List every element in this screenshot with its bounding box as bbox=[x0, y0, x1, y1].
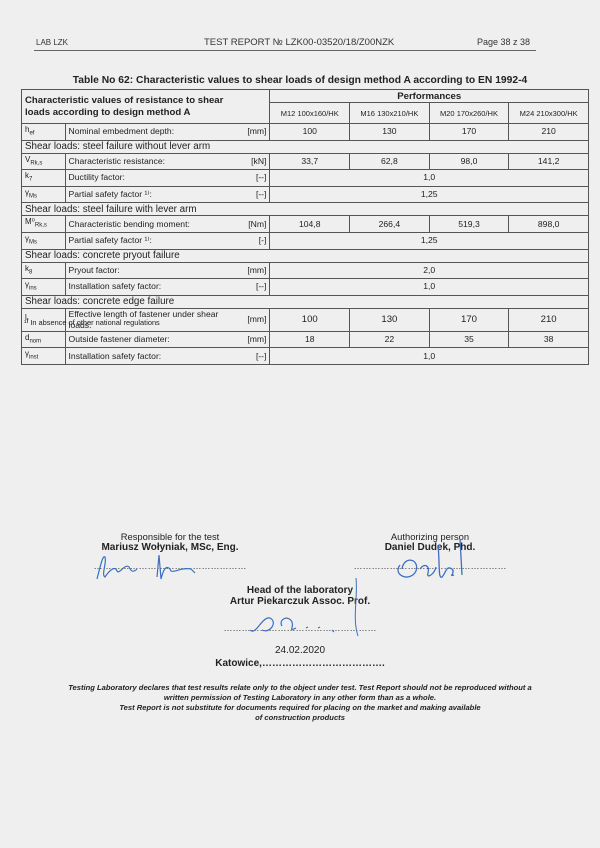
table-row: k7Ductility factor:[--]1,0 bbox=[22, 170, 589, 187]
value-cell: 35 bbox=[429, 331, 509, 348]
unit: [--] bbox=[231, 186, 270, 203]
report-place: Katowice,………………………………. bbox=[200, 658, 400, 669]
symbol: hef bbox=[22, 124, 66, 141]
head-signature-icon bbox=[248, 608, 378, 638]
column-header: M20 170x260/HK bbox=[429, 103, 509, 124]
table-header-row: Characteristic values of resistance to s… bbox=[22, 90, 589, 103]
symbol: k8 bbox=[22, 262, 66, 279]
value-cell: 170 bbox=[429, 124, 509, 141]
performances-header: Performances bbox=[270, 90, 589, 103]
responsible-signature-icon bbox=[95, 553, 205, 583]
footnote: ¹⁾ In absence of other national regulati… bbox=[24, 318, 160, 327]
value-cell: 22 bbox=[350, 331, 430, 348]
symbol: VRk,s bbox=[22, 153, 66, 170]
section-label: Shear loads: concrete pryout failure bbox=[22, 249, 589, 262]
description: Ductility factor: bbox=[65, 170, 231, 187]
section-label: Shear loads: concrete edge failure bbox=[22, 295, 589, 308]
value-cell: 141,2 bbox=[509, 153, 589, 170]
value-cell: 130 bbox=[350, 124, 430, 141]
description: Installation safety factor: bbox=[65, 279, 231, 296]
symbol: γMs bbox=[22, 232, 66, 249]
table-row: VRk,sCharacteristic resistance:[kN]33,76… bbox=[22, 153, 589, 170]
value-cell: 210 bbox=[509, 308, 589, 331]
table-row: γinstInstallation safety factor:[--]1,0 bbox=[22, 348, 589, 365]
unit: [--] bbox=[231, 348, 270, 365]
value-cell: 130 bbox=[350, 308, 430, 331]
section-row: Shear loads: concrete pryout failure bbox=[22, 249, 589, 262]
column-header: M12 100x160/HK bbox=[270, 103, 350, 124]
authorizing-signature-icon bbox=[390, 535, 480, 585]
value-cell: 2,0 bbox=[270, 262, 589, 279]
symbol: dnom bbox=[22, 331, 66, 348]
table-caption: Table No 62: Characteristic values to sh… bbox=[0, 75, 600, 86]
unit: [mm] bbox=[231, 308, 270, 331]
column-header: M24 210x300/HK bbox=[509, 103, 589, 124]
symbol: M⁰Rk,s bbox=[22, 216, 66, 233]
page-number: Page 38 z 38 bbox=[477, 37, 530, 47]
value-cell: 62,8 bbox=[350, 153, 430, 170]
unit: [-] bbox=[231, 232, 270, 249]
unit: [mm] bbox=[231, 124, 270, 141]
responsible-role: Responsible for the test bbox=[70, 531, 270, 542]
section-label: Shear loads: steel failure with lever ar… bbox=[22, 203, 589, 216]
lab-name: LAB LZK bbox=[36, 38, 68, 47]
table-row: γMsPartial safety factor ¹⁾:[-]1,25 bbox=[22, 232, 589, 249]
table-row: dnomOutside fastener diameter:[mm]182235… bbox=[22, 331, 589, 348]
value-cell: 210 bbox=[509, 124, 589, 141]
symbol: γMs bbox=[22, 186, 66, 203]
unit: [Nm] bbox=[231, 216, 270, 233]
value-cell: 38 bbox=[509, 331, 589, 348]
description: Outside fastener diameter: bbox=[65, 331, 231, 348]
head-name: Artur Piekarczuk Assoc. Prof. bbox=[200, 596, 400, 607]
section-row: Shear loads: steel failure with lever ar… bbox=[22, 203, 589, 216]
page-header: LAB LZK TEST REPORT № LZK00-03520/18/Z00… bbox=[34, 36, 536, 51]
value-cell: 266,4 bbox=[350, 216, 430, 233]
value-cell: 898,0 bbox=[509, 216, 589, 233]
table-row: k8Pryout factor:[mm]2,0 bbox=[22, 262, 589, 279]
unit: [kN] bbox=[231, 153, 270, 170]
description: Installation safety factor: bbox=[65, 348, 231, 365]
report-date: 24.02.2020 bbox=[200, 645, 400, 656]
value-cell: 1,0 bbox=[270, 279, 589, 296]
description: Partial safety factor ¹⁾: bbox=[65, 186, 231, 203]
section-row: Shear loads: concrete edge failure bbox=[22, 295, 589, 308]
unit: [--] bbox=[231, 170, 270, 187]
value-cell: 1,25 bbox=[270, 232, 589, 249]
value-cell: 100 bbox=[270, 124, 350, 141]
description: Characteristic resistance: bbox=[65, 153, 231, 170]
value-cell: 100 bbox=[270, 308, 350, 331]
value-cell: 170 bbox=[429, 308, 509, 331]
value-cell: 519,3 bbox=[429, 216, 509, 233]
table-row: γinsInstallation safety factor:[--]1,0 bbox=[22, 279, 589, 296]
value-cell: 18 bbox=[270, 331, 350, 348]
description: Partial safety factor ¹⁾: bbox=[65, 232, 231, 249]
symbol: k7 bbox=[22, 170, 66, 187]
symbol: γinst bbox=[22, 348, 66, 365]
value-cell: 33,7 bbox=[270, 153, 350, 170]
section-row: Shear loads: steel failure without lever… bbox=[22, 140, 589, 153]
unit: [mm] bbox=[231, 262, 270, 279]
table-header-left: Characteristic values of resistance to s… bbox=[22, 90, 270, 124]
value-cell: 104,8 bbox=[270, 216, 350, 233]
table-row: γMsPartial safety factor ¹⁾:[--]1,25 bbox=[22, 186, 589, 203]
unit: [--] bbox=[231, 279, 270, 296]
section-label: Shear loads: steel failure without lever… bbox=[22, 140, 589, 153]
head-role: Head of the laboratory bbox=[200, 585, 400, 596]
description: Pryout factor: bbox=[65, 262, 231, 279]
report-number: TEST REPORT № LZK00-03520/18/Z00NZK bbox=[204, 37, 394, 48]
table-row: hefNominal embedment depth:[mm]100130170… bbox=[22, 124, 589, 141]
value-cell: 1,25 bbox=[270, 186, 589, 203]
column-header: M16 130x210/HK bbox=[350, 103, 430, 124]
unit: [mm] bbox=[231, 331, 270, 348]
table-row: M⁰Rk,sCharacteristic bending moment:[Nm]… bbox=[22, 216, 589, 233]
description: Nominal embedment depth: bbox=[65, 124, 231, 141]
description: Characteristic bending moment: bbox=[65, 216, 231, 233]
symbol: γins bbox=[22, 279, 66, 296]
value-cell: 1,0 bbox=[270, 170, 589, 187]
responsible-name: Mariusz Wołyniak, MSc, Eng. bbox=[70, 542, 270, 553]
disclaimer: Testing Laboratory declares that test re… bbox=[40, 683, 560, 723]
value-cell: 98,0 bbox=[429, 153, 509, 170]
value-cell: 1,0 bbox=[270, 348, 589, 365]
